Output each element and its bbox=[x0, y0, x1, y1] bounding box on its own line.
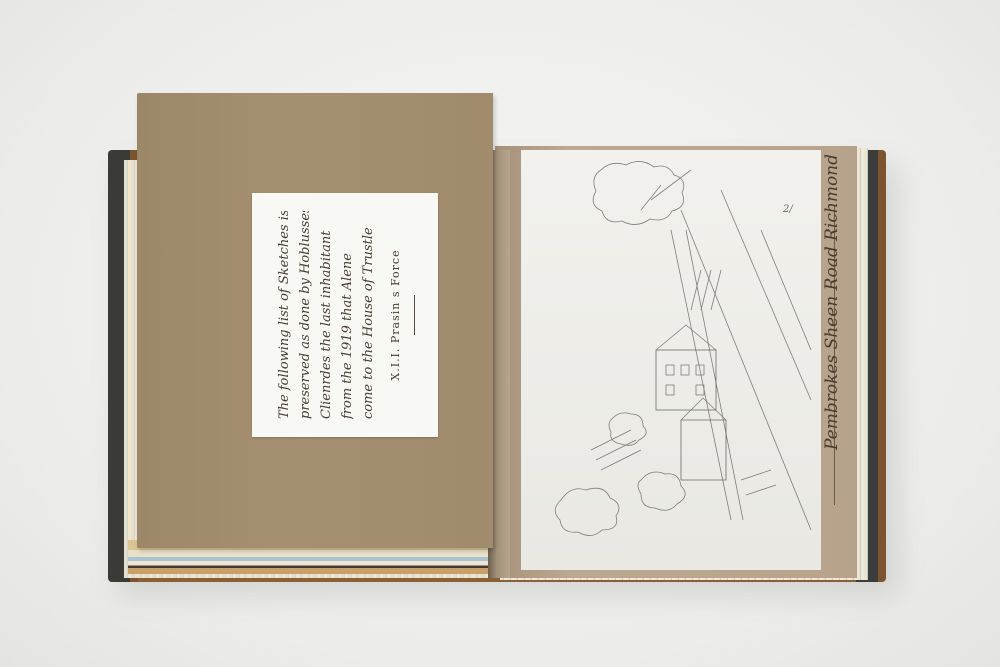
caption-text: Pembrokes Sheen Road Richmond bbox=[812, 150, 852, 570]
pencil-sketch: 2/ bbox=[521, 150, 821, 570]
note-line: The following list of Sketches is bbox=[274, 211, 295, 419]
note-line: preserved as done by Hoblusses bbox=[295, 211, 316, 419]
handwritten-note: The following list of Sketches is preser… bbox=[252, 193, 438, 437]
sketch-drawing-icon: 2/ bbox=[521, 150, 821, 570]
sketch-mark: 2/ bbox=[782, 204, 794, 215]
note-signature: X.I.I. Prasin s Force bbox=[385, 211, 406, 419]
note-line: Clienrdes the last inhabitant bbox=[316, 211, 337, 419]
note-line: come to the House of Trustle bbox=[358, 211, 379, 419]
note-line: from the 1919 that Alene bbox=[337, 211, 358, 419]
sketch-caption: Pembrokes Sheen Road Richmond bbox=[812, 150, 852, 570]
note-underline bbox=[414, 295, 415, 335]
handwritten-note-card: The following list of Sketches is preser… bbox=[252, 193, 438, 437]
